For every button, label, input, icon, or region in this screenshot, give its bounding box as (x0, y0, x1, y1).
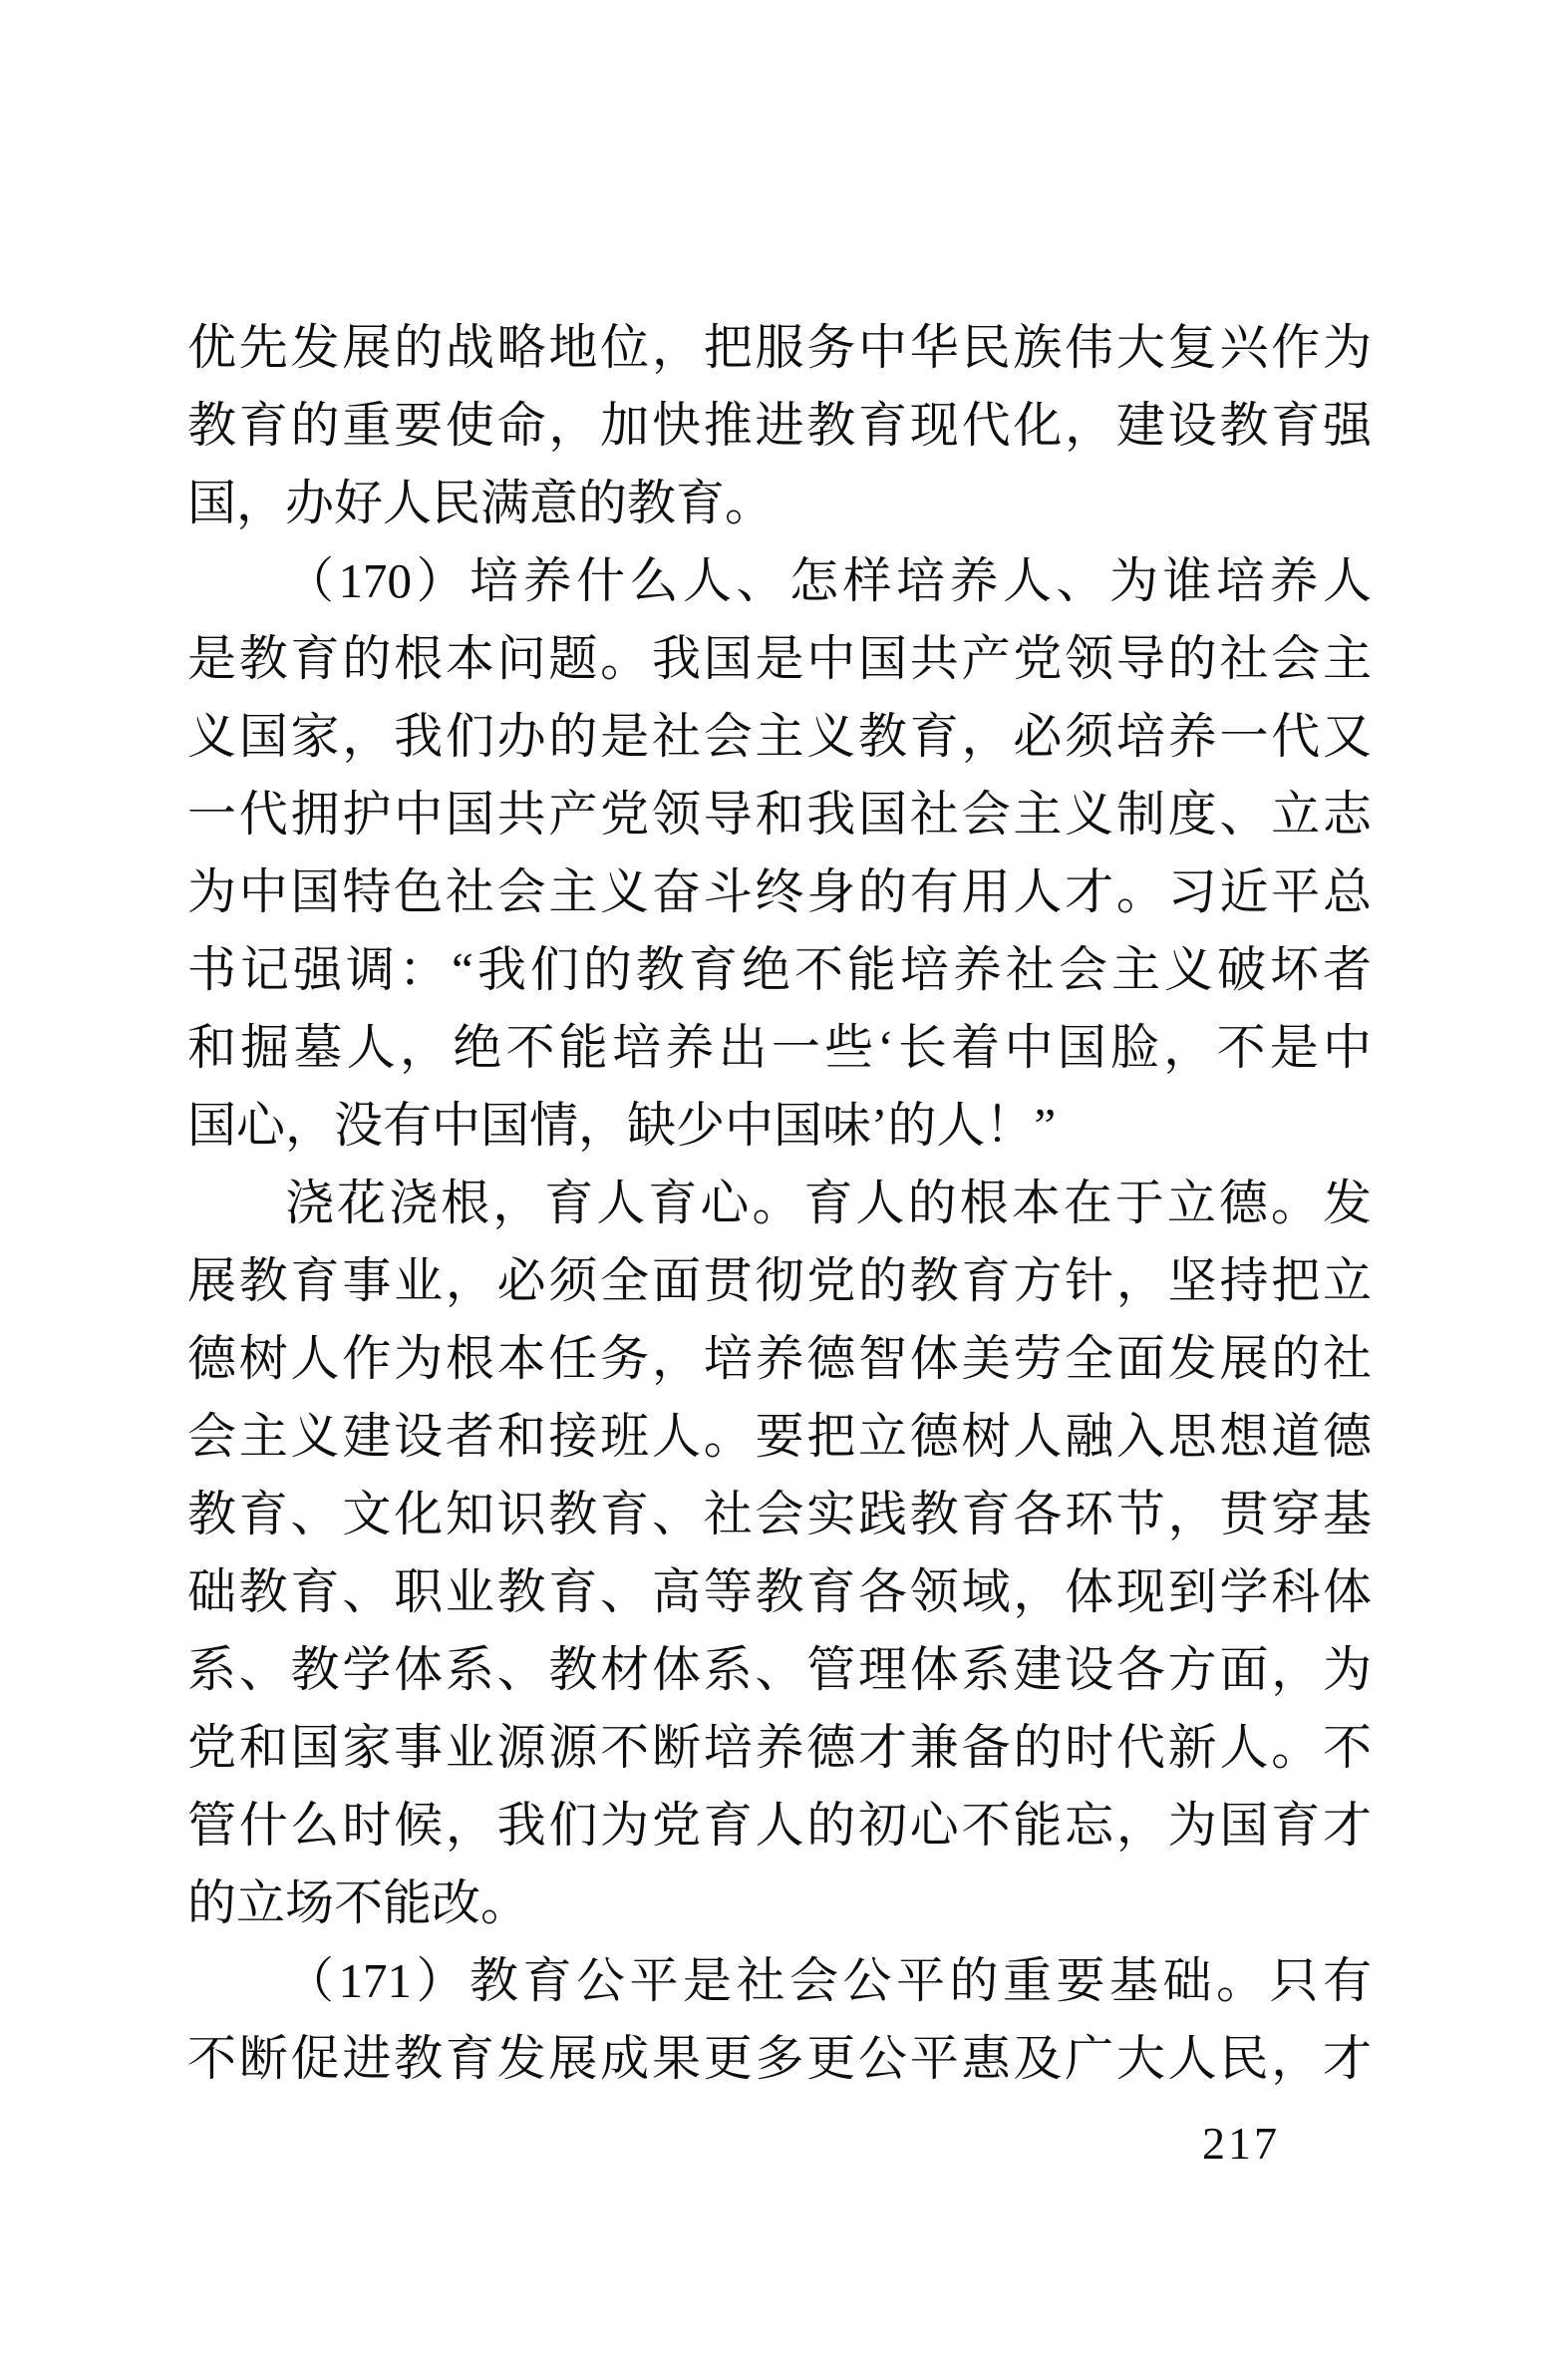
text-line: 是教育的根本问题。我国是中国共产党领导的社会主 (187, 620, 1372, 698)
text-line: 一代拥护中国共产党领导和我国社会主义制度、立志 (187, 776, 1372, 853)
text-line: 管什么时候，我们为党育人的初心不能忘，为国育才 (187, 1787, 1372, 1865)
text-line: 的立场不能改。 (187, 1865, 1372, 1942)
text-line: 浇花浇根，育人育心。育人的根本在于立德。发 (187, 1165, 1372, 1242)
text-line: 德树人作为根本任务，培养德智体美劳全面发展的社 (187, 1320, 1372, 1398)
text-line: 础教育、职业教育、高等教育各领域，体现到学科体 (187, 1553, 1372, 1631)
body-text: 优先发展的战略地位，把服务中华民族伟大复兴作为 教育的重要使命，加快推进教育现代… (187, 309, 1372, 2098)
book-page: 优先发展的战略地位，把服务中华民族伟大复兴作为 教育的重要使命，加快推进教育现代… (0, 0, 1562, 2380)
text-line: 系、教学体系、教材体系、管理体系建设各方面，为 (187, 1631, 1372, 1709)
text-line: 优先发展的战略地位，把服务中华民族伟大复兴作为 (187, 309, 1372, 387)
text-line: 国心，没有中国情，缺少中国味’的人！” (187, 1087, 1372, 1165)
text-line: 党和国家事业源源不断培养德才兼备的时代新人。不 (187, 1709, 1372, 1787)
text-line: 教育、文化知识教育、社会实践教育各环节，贯穿基 (187, 1476, 1372, 1553)
page-number: 217 (1202, 2118, 1280, 2170)
text-line: 和掘墓人，绝不能培养出一些‘长着中国脸，不是中 (187, 1009, 1372, 1087)
text-line: 为中国特色社会主义奋斗终身的有用人才。习近平总 (187, 853, 1372, 931)
text-line: 会主义建设者和接班人。要把立德树人融入思想道德 (187, 1398, 1372, 1476)
text-line: 国，办好人民满意的教育。 (187, 465, 1372, 542)
text-line: 教育的重要使命，加快推进教育现代化，建设教育强 (187, 387, 1372, 465)
text-line: 书记强调：“我们的教育绝不能培养社会主义破坏者 (187, 931, 1372, 1009)
text-line: （170）培养什么人、怎样培养人、为谁培养人 (187, 542, 1372, 620)
text-line: （171）教育公平是社会公平的重要基础。只有 (187, 1942, 1372, 2020)
text-line: 展教育事业，必须全面贯彻党的教育方针，坚持把立 (187, 1242, 1372, 1320)
text-line: 不断促进教育发展成果更多更公平惠及广大人民，才 (187, 2020, 1372, 2098)
text-line: 义国家，我们办的是社会主义教育，必须培养一代又 (187, 698, 1372, 776)
